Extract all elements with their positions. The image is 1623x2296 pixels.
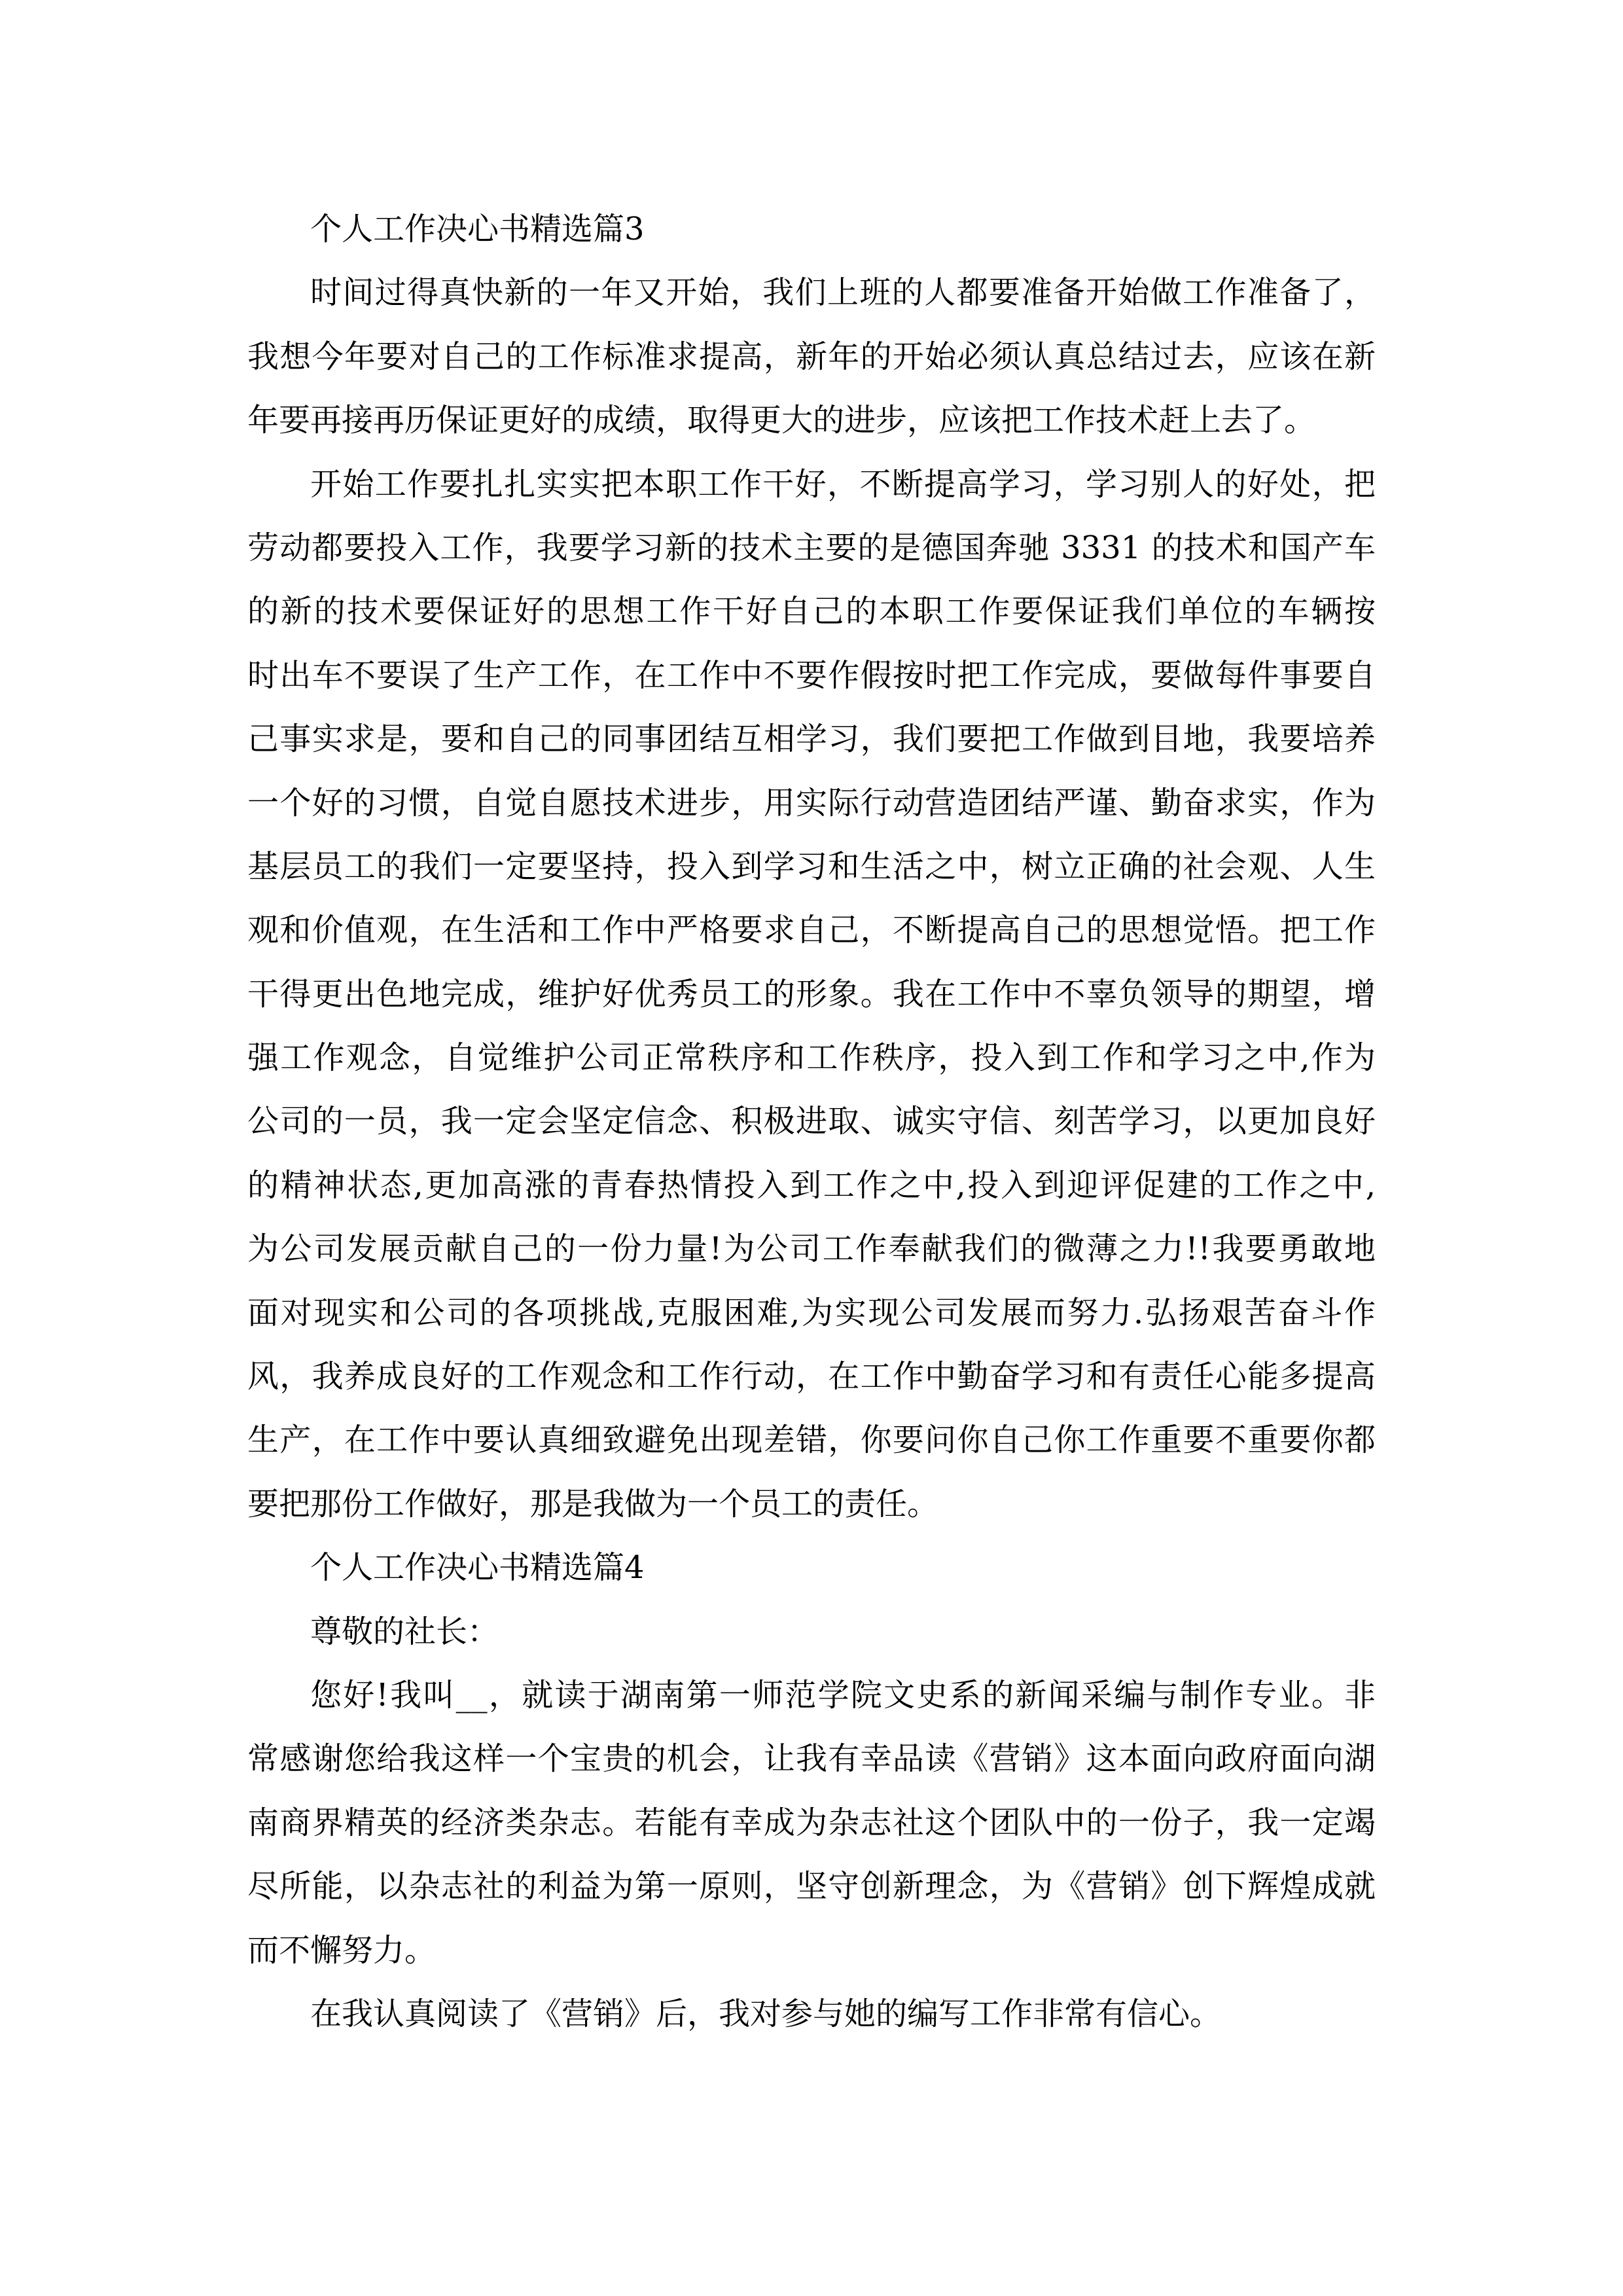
paragraph-line: 生产，在工作中要认真细致避免出现差错，你要问你自己你工作重要不重要你都	[247, 1408, 1376, 1472]
paragraph-line: 而不懈努力。	[247, 1919, 1376, 1982]
paragraph: 开始工作要扎扎实实把本职工作干好，不断提高学习，学习别人的好处，把 劳动都要投入…	[247, 453, 1376, 1537]
paragraph-line: 开始工作要扎扎实实把本职工作干好，不断提高学习，学习别人的好处，把	[247, 453, 1376, 516]
paragraph-line: 劳动都要投入工作，我要学习新的技术主要的是德国奔驰 3331 的技术和国产车	[247, 516, 1376, 580]
paragraph-line: 为公司发展贡献自己的一份力量!为公司工作奉献我们的微薄之力!!我要勇敢地	[247, 1217, 1376, 1281]
paragraph-line: 的精神状态,更加高涨的青春热情投入到工作之中,投入到迎评促建的工作之中,	[247, 1154, 1376, 1217]
paragraph-line: 您好!我叫__，就读于湖南第一师范学院文史系的新闻采编与制作专业。非	[247, 1664, 1376, 1727]
paragraph-line: 干得更出色地完成，维护好优秀员工的形象。我在工作中不辜负领导的期望，增	[247, 963, 1376, 1026]
text-column: 个人工作决心书精选篇3 时间过得真快新的一年又开始，我们上班的人都要准备开始做工…	[247, 198, 1376, 2046]
section-heading: 个人工作决心书精选篇3	[247, 198, 1376, 261]
salutation: 尊敬的社长：	[247, 1600, 1376, 1664]
paragraph-line: 南商界精英的经济类杂志。若能有幸成为杂志社这个团队中的一份子，我一定竭	[247, 1791, 1376, 1855]
paragraph-line: 公司的一员，我一定会坚定信念、积极进取、诚实守信、刻苦学习，以更加良好	[247, 1090, 1376, 1153]
paragraph-line: 己事实求是，要和自己的同事团结互相学习，我们要把工作做到目地，我要培养	[247, 708, 1376, 771]
paragraph-line: 时出车不要误了生产工作，在工作中不要作假按时把工作完成，要做每件事要自	[247, 644, 1376, 708]
paragraph: 时间过得真快新的一年又开始，我们上班的人都要准备开始做工作准备了， 我想今年要对…	[247, 261, 1376, 452]
paragraph-line: 观和价值观，在生活和工作中严格要求自己，不断提高自己的思想觉悟。把工作	[247, 899, 1376, 962]
paragraph-line: 风，我养成良好的工作观念和工作行动，在工作中勤奋学习和有责任心能多提高	[247, 1345, 1376, 1408]
paragraph-line: 时间过得真快新的一年又开始，我们上班的人都要准备开始做工作准备了，	[247, 261, 1376, 325]
paragraph: 您好!我叫__，就读于湖南第一师范学院文史系的新闻采编与制作专业。非 常感谢您给…	[247, 1664, 1376, 1982]
section-heading: 个人工作决心书精选篇4	[247, 1536, 1376, 1600]
paragraph-line: 面对现实和公司的各项挑战,克服困难,为实现公司发展而努力.弘扬艰苦奋斗作	[247, 1282, 1376, 1345]
paragraph-line: 要把那份工作做好，那是我做为一个员工的责任。	[247, 1473, 1376, 1536]
paragraph-line: 我想今年要对自己的工作标准求提高，新年的开始必须认真总结过去，应该在新	[247, 325, 1376, 389]
paragraph: 在我认真阅读了《营销》后，我对参与她的编写工作非常有信心。	[247, 1982, 1376, 2046]
paragraph-line: 的新的技术要保证好的思想工作干好自己的本职工作要保证我们单位的车辆按	[247, 580, 1376, 643]
paragraph-line: 基层员工的我们一定要坚持，投入到学习和生活之中，树立正确的社会观、人生	[247, 835, 1376, 899]
document-page: 个人工作决心书精选篇3 时间过得真快新的一年又开始，我们上班的人都要准备开始做工…	[0, 0, 1623, 2296]
paragraph-line: 年要再接再历保证更好的成绩，取得更大的进步，应该把工作技术赶上去了。	[247, 389, 1376, 452]
paragraph-line: 常感谢您给我这样一个宝贵的机会，让我有幸品读《营销》这本面向政府面向湖	[247, 1727, 1376, 1791]
paragraph-line: 尽所能，以杂志社的利益为第一原则，坚守创新理念，为《营销》创下辉煌成就	[247, 1855, 1376, 1918]
paragraph-line: 一个好的习惯，自觉自愿技术进步，用实际行动营造团结严谨、勤奋求实，作为	[247, 772, 1376, 835]
paragraph-line: 在我认真阅读了《营销》后，我对参与她的编写工作非常有信心。	[247, 1982, 1376, 2046]
paragraph-line: 强工作观念，自觉维护公司正常秩序和工作秩序，投入到工作和学习之中,作为	[247, 1026, 1376, 1090]
